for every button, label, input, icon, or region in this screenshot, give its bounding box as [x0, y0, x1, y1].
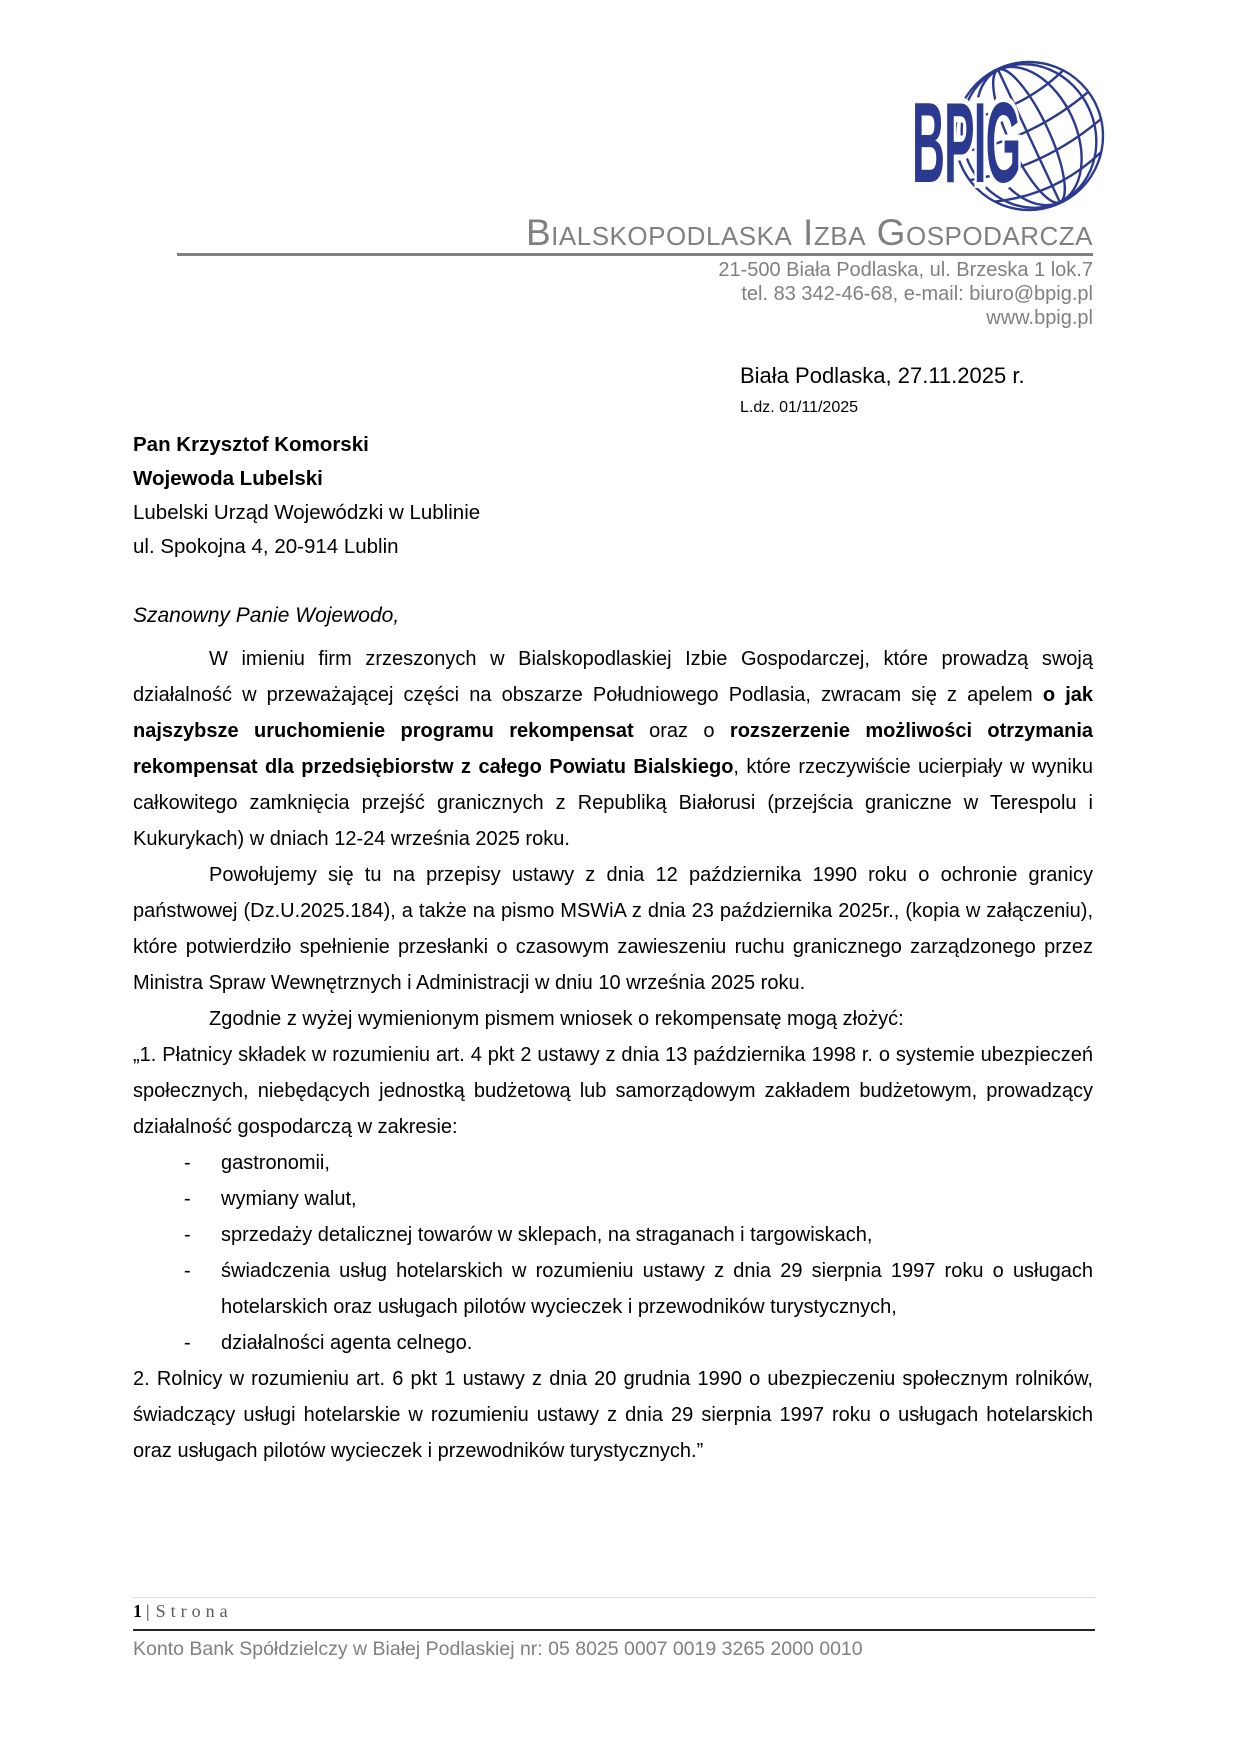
list-item-text: sprzedaży detalicznej towarów w sklepach… [221, 1224, 872, 1246]
text-segment: oraz o [634, 720, 730, 742]
dash-marker: - [184, 1253, 191, 1289]
page-number: 1 [133, 1601, 142, 1621]
bpig-logo: BPIG [885, 52, 1113, 220]
footer-divider [133, 1629, 1095, 1631]
place-and-date: Biała Podlaska, 27.11.2025 r. [740, 363, 1025, 389]
header-divider [177, 253, 1093, 256]
page-separator: | [146, 1601, 150, 1621]
list-item: -gastronomii, [133, 1145, 1093, 1181]
recipient-name: Pan Krzysztof Komorski [133, 428, 480, 462]
recipient-address: ul. Spokojna 4, 20-914 Lublin [133, 530, 480, 564]
dash-marker: - [184, 1325, 191, 1361]
globe-wireframe-icon: BPIG [885, 52, 1113, 220]
letter-body: W imieniu firm zrzeszonych w Bialskopodl… [133, 641, 1093, 1469]
dash-marker: - [184, 1181, 191, 1217]
footer-top-divider [133, 1597, 1095, 1598]
address-line: tel. 83 342-46-68, e-mail: biuro@bpig.pl [718, 282, 1093, 306]
header-address: 21-500 Biała Podlaska, ul. Brzeska 1 lok… [718, 258, 1093, 330]
list-item-text: świadczenia usług hotelarskich w rozumie… [221, 1260, 1093, 1318]
list-item-text: wymiany walut, [221, 1188, 357, 1210]
recipient-title: Wojewoda Lubelski [133, 462, 480, 496]
body-paragraph-5: 2. Rolnicy w rozumieniu art. 6 pkt 1 ust… [133, 1361, 1093, 1469]
text-segment: W imieniu firm zrzeszonych w Bialskopodl… [133, 648, 1093, 706]
dash-marker: - [184, 1145, 191, 1181]
list-item: -świadczenia usług hotelarskich w rozumi… [133, 1253, 1093, 1325]
list-item: -sprzedaży detalicznej towarów w sklepac… [133, 1217, 1093, 1253]
body-paragraph-1: W imieniu firm zrzeszonych w Bialskopodl… [133, 641, 1093, 857]
body-paragraph-2: Powołujemy się tu na przepisy ustawy z d… [133, 857, 1093, 1001]
body-paragraph-4: „1. Płatnicy składek w rozumieniu art. 4… [133, 1037, 1093, 1145]
list-item-text: gastronomii, [221, 1152, 330, 1174]
list-item: -działalności agenta celnego. [133, 1325, 1093, 1361]
list-item: -wymiany walut, [133, 1181, 1093, 1217]
page-label: Strona [156, 1601, 233, 1621]
recipient-institution: Lubelski Urząd Wojewódzki w Lublinie [133, 496, 480, 530]
website-link: www.bpig.pl [718, 306, 1093, 330]
page-number-label: 1|Strona [133, 1601, 233, 1622]
reference-number: L.dz. 01/11/2025 [740, 399, 858, 417]
body-paragraph-3: Zgodnie z wyżej wymienionym pismem wnios… [133, 1001, 1093, 1037]
bank-account-line: Konto Bank Spółdzielczy w Białej Podlask… [133, 1638, 863, 1661]
recipient-block: Pan Krzysztof Komorski Wojewoda Lubelski… [133, 428, 480, 564]
org-name: Bialskopodlaska Izba Gospodarcza [526, 212, 1093, 254]
letter-page: BPIG Bialskopodlaska Izba Gospodarcza 21… [0, 0, 1241, 1755]
address-line: 21-500 Biała Podlaska, ul. Brzeska 1 lok… [718, 258, 1093, 282]
activity-list: -gastronomii, -wymiany walut, -sprzedaży… [133, 1145, 1093, 1361]
list-item-text: działalności agenta celnego. [221, 1332, 472, 1354]
salutation: Szanowny Panie Wojewodo, [133, 604, 399, 628]
dash-marker: - [184, 1217, 191, 1253]
logo-text: BPIG [912, 80, 1020, 207]
